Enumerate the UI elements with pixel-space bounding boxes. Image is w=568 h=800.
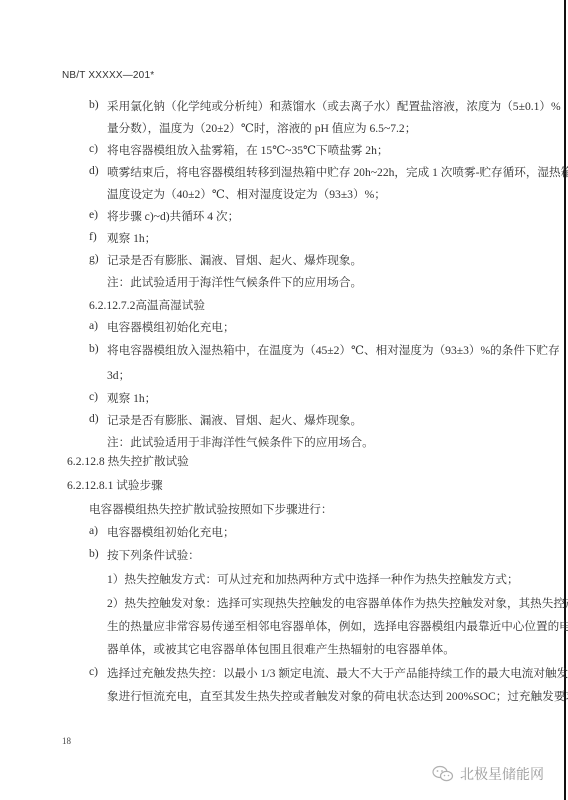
sub-item-text: 生的热量应非常容易传递至相邻电容器单体，例如，选择电容器模组内最靠近中心位置的电…: [107, 618, 568, 634]
page-number: 18: [62, 736, 71, 746]
list-item-text: 按下列条件试验：: [107, 547, 200, 563]
list-label: c): [89, 390, 98, 403]
list-item-text: 将电容器模组放入盐雾箱，在 15℃~35℃下喷盐雾 2h；: [107, 142, 388, 158]
wechat-icon: [432, 765, 454, 783]
list-item-text: 电容器模组初始化充电；: [107, 524, 235, 540]
list-item-text: 采用氯化钠（化学纯或分析纯）和蒸馏水（或去离子水）配置盐溶液，浓度为（5±0.1…: [107, 98, 568, 114]
list-item-text: 记录是否有膨胀、漏液、冒烟、起火、爆炸现象。: [107, 252, 362, 268]
watermark: 北极星储能网: [432, 764, 544, 784]
sub-item-text: 器单体，或被其它电容器单体包围且很难产生热辐射的电容器单体。: [107, 641, 455, 657]
list-item-text: 记录是否有膨胀、漏液、冒烟、起火、爆炸现象。: [107, 412, 362, 428]
list-item-text: 温度设定为（40±2）℃、相对湿度设定为（93±3）%；: [107, 186, 386, 202]
list-label: e): [89, 208, 98, 221]
list-label: a): [89, 524, 98, 537]
list-item-text: 象进行恒流充电，直至其发生热失控或者触发对象的荷电状态达到 200%SOC；过充…: [107, 688, 568, 704]
document-code-header: NB/T XXXXX—201*: [62, 70, 154, 81]
list-item-text: 观察 1h；: [107, 390, 156, 406]
list-item-text: 观察 1h；: [107, 230, 156, 246]
note-text: 注：此试验适用于海洋性气候条件下的应用场合。: [107, 274, 362, 290]
section-heading: 6.2.12.7.2高温高湿试验: [89, 297, 205, 313]
list-label: f): [89, 230, 97, 243]
list-label: d): [89, 412, 99, 425]
list-label: c): [89, 665, 98, 678]
list-item-text: 将步骤 c)~d)共循环 4 次；: [107, 208, 239, 224]
subsection-heading: 6.2.12.8.1 试验步骤: [67, 477, 163, 493]
list-item-text: 喷雾结束后，将电容器模组转移到湿热箱中贮存 20h~22h，完成 1 次喷雾-贮…: [107, 164, 568, 180]
list-label: a): [89, 319, 98, 332]
list-item-text: 选择过充触发热失控：以最小 1/3 额定电流、最大不大于产品能持续工作的最大电流…: [107, 665, 568, 681]
sub-item-text: 2）热失控触发对象：选择可实现热失控触发的电容器单体作为热失控触发对象，其热失控…: [107, 595, 568, 611]
list-label: b): [89, 98, 99, 111]
list-item-text: 量分数），温度为（20±2）℃时，溶液的 pH 值应为 6.5~7.2；: [107, 120, 416, 136]
list-item-text: 3d；: [107, 367, 130, 383]
sub-item-text: 1）热失控触发方式：可从过充和加热两种方式中选择一种作为热失控触发方式；: [107, 571, 519, 587]
list-label: b): [89, 342, 99, 355]
list-item-text: 电容器模组初始化充电；: [107, 319, 235, 335]
intro-text: 电容器模组热失控扩散试验按照如下步骤进行：: [89, 501, 332, 517]
list-label: c): [89, 142, 98, 155]
list-label: d): [89, 164, 99, 177]
list-item-text: 将电容器模组放入湿热箱中，在温度为（45±2）℃、相对湿度为（93±3）%的条件…: [107, 342, 560, 358]
note-text: 注：此试验适用于非海洋性气候条件下的应用场合。: [107, 434, 374, 450]
list-label: g): [89, 252, 99, 265]
section-heading: 6.2.12.8 热失控扩散试验: [67, 453, 189, 469]
watermark-text: 北极星储能网: [460, 764, 544, 784]
list-label: b): [89, 547, 99, 560]
